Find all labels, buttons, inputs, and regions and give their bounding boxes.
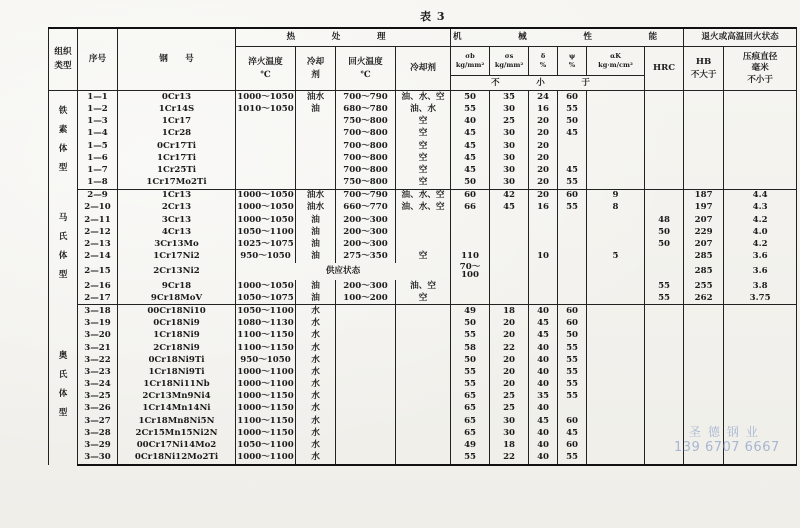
cell-sigma-s: 20 [490,317,529,329]
cell-psi: 60 [558,91,587,104]
cell-quench-temp: 1000～1150 [236,403,296,415]
cell-sigma-s: 18 [490,305,529,318]
cell-indent-diameter [724,317,797,329]
cell-indent-diameter: 4.2 [724,214,797,226]
cell-sigma-s: 22 [490,451,529,464]
cell-steel: 3Cr13 [118,214,236,226]
cell-temper-temp: 700～790 [336,91,396,104]
cell-quench-temp [236,128,296,140]
cell-hb: 207 [684,238,724,250]
cell-temper-coolant [396,354,451,366]
cell-delta: 40 [529,439,558,451]
cell-seq: 1—6 [78,152,118,164]
cell-quench-coolant [296,176,336,189]
cell-seq: 3—25 [78,391,118,403]
cell-steel: 2Cr18Ni9 [118,342,236,354]
cell-indent-diameter: 3.8 [724,280,797,292]
cell-seq: 3—21 [78,342,118,354]
cell-indent-diameter [724,91,797,104]
cell-hb [684,103,724,115]
cell-sigma-b [451,238,490,250]
cell-ak [587,342,645,354]
header-psi: ψ% [558,47,587,76]
cell-sigma-b: 49 [451,305,490,318]
header-type: 组织类型 [49,28,78,91]
cell-temper-temp [336,427,396,439]
cell-temper-coolant: 空 [396,152,451,164]
cell-temper-temp [336,354,396,366]
cell-temper-temp: 700～800 [336,140,396,152]
cell-hrc [645,202,684,214]
cell-hrc [645,164,684,176]
cell-temper-temp: 200～300 [336,226,396,238]
cell-psi: 55 [558,176,587,189]
cell-temper-coolant: 空 [396,140,451,152]
cell-seq: 3—19 [78,317,118,329]
cell-delta: 45 [529,317,558,329]
header-not-less-than: 不 小 于 [451,76,645,91]
watermark-company: 圣德钢业 [674,423,780,440]
cell-sigma-s: 20 [490,366,529,378]
table-row: 奥氏体型3—1800Cr18Ni101050～1100水49184060 [49,305,797,318]
cell-delta: 40 [529,342,558,354]
table-row: 铁素体型1—10Cr131000～1050油水700～790油、水、空50352… [49,91,797,104]
cell-psi: 55 [558,378,587,390]
table-row: 2—179Cr18MoV1050～1075油100～200空552623.75 [49,292,797,305]
cell-psi [558,140,587,152]
cell-delta: 20 [529,152,558,164]
table-row: 3—212Cr18Ni91100～1150水58224055 [49,342,797,354]
cell-quench-temp: 1000～1050 [236,189,296,202]
cell-psi: 55 [558,354,587,366]
cell-quench-temp: 1010～1050 [236,103,296,115]
cell-indent-diameter [724,140,797,152]
table-row: 3—231Cr18Ni9Ti1000～1100水55204055 [49,366,797,378]
cell-sigma-s: 35 [490,91,529,104]
header-delta: δ% [529,47,558,76]
cell-psi: 60 [558,439,587,451]
cell-temper-coolant: 空 [396,164,451,176]
cell-temper-temp [336,439,396,451]
cell-ak [587,391,645,403]
cell-sigma-s [490,238,529,250]
cell-sigma-b: 55 [451,378,490,390]
header-quench-temp: 淬火温度℃ [236,47,296,91]
cell-sigma-b: 50 [451,91,490,104]
cell-steel: 00Cr18Ni10 [118,305,236,318]
cell-hrc: 50 [645,238,684,250]
cell-temper-coolant [396,214,451,226]
cell-quench-temp: 1000～1050 [236,91,296,104]
cell-sigma-s: 20 [490,378,529,390]
cell-ak [587,115,645,127]
header-sigma-b: σbkg/mm² [451,47,490,76]
header-indent-diameter: 压痕直径毫米不小于 [724,47,797,91]
cell-sigma-s: 30 [490,164,529,176]
cell-temper-temp: 700～800 [336,128,396,140]
cell-psi [558,292,587,305]
cell-ak [587,226,645,238]
cell-delta: 40 [529,451,558,464]
cell-temper-temp: 680～780 [336,103,396,115]
cell-sigma-b: 45 [451,152,490,164]
cell-temper-temp [336,451,396,464]
cell-quench-coolant: 水 [296,354,336,366]
cell-quench-coolant: 油水 [296,202,336,214]
cell-ak [587,354,645,366]
cell-hb: 197 [684,202,724,214]
cell-hrc [645,317,684,329]
cell-hrc: 55 [645,292,684,305]
header-temper-temp: 回火温度℃ [336,47,396,91]
cell-quench-coolant [296,152,336,164]
table-row: 1—50Cr17Ti700～800空453020 [49,140,797,152]
cell-sigma-s: 18 [490,439,529,451]
cell-hb: 285 [684,250,724,262]
cell-psi: 45 [558,164,587,176]
cell-steel: 0Cr18Ni9Ti [118,354,236,366]
cell-sigma-b: 58 [451,342,490,354]
cell-temper-coolant: 空 [396,176,451,189]
cell-quench-coolant: 油 [296,250,336,262]
cell-temper-temp [336,391,396,403]
cell-sigma-b: 60 [451,189,490,202]
cell-steel: 1Cr28 [118,128,236,140]
cell-ak [587,128,645,140]
stainless-steel-properties-table: 组织类型 序号 钢 号 热 处 理 机 械 性 能 退火或高温回火状态 淬火温度… [48,27,797,466]
cell-indent-diameter: 4.2 [724,238,797,250]
cell-hrc: 48 [645,214,684,226]
cell-temper-coolant: 油、空 [396,280,451,292]
cell-ak [587,427,645,439]
cell-quench-temp: 1000～1050 [236,202,296,214]
cell-psi: 60 [558,305,587,318]
cell-indent-diameter [724,354,797,366]
cell-quench-coolant: 油 [296,103,336,115]
cell-seq: 2—17 [78,292,118,305]
cell-hb [684,140,724,152]
cell-delta: 45 [529,415,558,427]
cell-steel: 1Cr18Ni11Nb [118,378,236,390]
header-steel: 钢 号 [118,28,236,91]
cell-steel: 1Cr13 [118,189,236,202]
cell-seq: 3—22 [78,354,118,366]
cell-ak [587,378,645,390]
cell-sigma-s [490,280,529,292]
cell-psi [558,263,587,280]
cell-quench-coolant: 水 [296,427,336,439]
cell-quench-coolant: 水 [296,342,336,354]
cell-heat-treatment-merged: 供应状态 [236,263,451,280]
cell-hb [684,354,724,366]
cell-seq: 1—7 [78,164,118,176]
cell-quench-temp: 1100～1150 [236,330,296,342]
cell-temper-coolant [396,415,451,427]
cell-hb [684,164,724,176]
cell-psi [558,250,587,262]
cell-quench-temp: 1050～1100 [236,439,296,451]
cell-steel: 1Cr14Mn14Ni [118,403,236,415]
cell-temper-coolant [396,226,451,238]
cell-psi: 45 [558,128,587,140]
table-row: 1—71Cr25Ti700～800空45302045 [49,164,797,176]
cell-hrc [645,366,684,378]
cell-delta: 40 [529,354,558,366]
cell-indent-diameter [724,330,797,342]
table-row: 马氏体型2—91Cr131000～1050油水700～790油、水、空60422… [49,189,797,202]
cell-quench-temp: 1050～1075 [236,292,296,305]
cell-seq: 2—12 [78,226,118,238]
cell-steel: 2Cr13Mn9Ni4 [118,391,236,403]
cell-psi: 55 [558,342,587,354]
cell-steel: 3Cr13Mo [118,238,236,250]
cell-sigma-b [451,214,490,226]
cell-delta: 20 [529,140,558,152]
cell-hrc [645,91,684,104]
cell-hb: 262 [684,292,724,305]
cell-psi [558,280,587,292]
cell-temper-temp: 660～770 [336,202,396,214]
cell-ak [587,451,645,464]
cell-delta [529,238,558,250]
cell-steel: 1Cr14S [118,103,236,115]
cell-indent-diameter [724,342,797,354]
cell-indent-diameter: 3.6 [724,263,797,280]
cell-steel: 1Cr25Ti [118,164,236,176]
cell-hrc [645,378,684,390]
cell-sigma-b: 40 [451,115,490,127]
cell-quench-temp: 1000～1050 [236,280,296,292]
cell-quench-temp: 1000～1050 [236,214,296,226]
cell-indent-diameter [724,366,797,378]
cell-sigma-s: 25 [490,403,529,415]
cell-temper-coolant [396,391,451,403]
cell-quench-coolant [296,115,336,127]
cell-indent-diameter [724,391,797,403]
cell-ak [587,103,645,115]
cell-sigma-b: 45 [451,140,490,152]
cell-ak [587,403,645,415]
cell-psi: 55 [558,451,587,464]
cell-sigma-b: 66 [451,202,490,214]
cell-hrc: 50 [645,226,684,238]
cell-indent-diameter: 3.75 [724,292,797,305]
cell-psi [558,403,587,415]
cell-quench-coolant: 油 [296,292,336,305]
cell-sigma-s: 30 [490,128,529,140]
cell-seq: 3—28 [78,427,118,439]
cell-quench-coolant [296,140,336,152]
cell-quench-temp [236,152,296,164]
cell-steel: 1Cr17Ni2 [118,250,236,262]
cell-quench-coolant: 水 [296,366,336,378]
cell-quench-temp: 1050～1100 [236,226,296,238]
cell-hb [684,391,724,403]
cell-steel: 1Cr18Mn8Ni5N [118,415,236,427]
table-row: 1—31Cr17750～800空40252050 [49,115,797,127]
cell-seq: 1—1 [78,91,118,104]
cell-sigma-s: 30 [490,415,529,427]
cell-ak [587,317,645,329]
cell-sigma-b: 49 [451,439,490,451]
cell-sigma-s: 25 [490,115,529,127]
cell-temper-temp [336,305,396,318]
cell-hrc [645,330,684,342]
cell-quench-temp: 950～1050 [236,250,296,262]
cell-quench-temp: 1100～1150 [236,342,296,354]
cell-steel: 0Cr13 [118,91,236,104]
cell-sigma-b [451,226,490,238]
cell-temper-coolant [396,378,451,390]
cell-temper-coolant: 油、水、空 [396,202,451,214]
table-row: 2—152Cr13Ni2供应状态70～1002853.6 [49,263,797,280]
table-row: 2—113Cr131000～1050油200～300482074.2 [49,214,797,226]
cell-hrc [645,115,684,127]
header-quench-coolant: 冷却剂 [296,47,336,91]
table-row: 3—201Cr18Ni91100～1150水55204550 [49,330,797,342]
table-row: 1—81Cr17Mo2Ti750～800空50302055 [49,176,797,189]
cell-delta [529,292,558,305]
cell-delta: 40 [529,427,558,439]
cell-psi: 50 [558,330,587,342]
cell-hrc [645,305,684,318]
cell-delta: 45 [529,330,558,342]
cell-quench-coolant: 油 [296,238,336,250]
cell-seq: 1—5 [78,140,118,152]
cell-hb [684,366,724,378]
cell-sigma-s: 20 [490,354,529,366]
cell-delta: 35 [529,391,558,403]
cell-temper-temp: 700～800 [336,152,396,164]
cell-quench-coolant: 油 [296,226,336,238]
cell-sigma-b: 110 [451,250,490,262]
cell-sigma-b: 45 [451,164,490,176]
cell-psi: 50 [558,115,587,127]
cell-temper-temp [336,366,396,378]
table-caption: 表 3 [420,8,445,24]
cell-sigma-b: 55 [451,451,490,464]
cell-sigma-b [451,292,490,305]
cell-seq: 1—8 [78,176,118,189]
cell-hb [684,342,724,354]
cell-sigma-s: 30 [490,103,529,115]
cell-ak [587,280,645,292]
cell-temper-temp [336,378,396,390]
cell-hb [684,176,724,189]
cell-ak [587,330,645,342]
cell-sigma-s: 45 [490,202,529,214]
cell-temper-coolant: 油、水、空 [396,91,451,104]
cell-temper-coolant [396,342,451,354]
cell-quench-coolant [296,164,336,176]
cell-temper-temp [336,317,396,329]
cell-hrc [645,128,684,140]
cell-quench-coolant: 水 [296,305,336,318]
cell-sigma-s [490,263,529,280]
header-hrc: HRC [645,47,684,91]
cell-psi: 60 [558,317,587,329]
cell-delta [529,226,558,238]
cell-sigma-b: 50 [451,354,490,366]
cell-steel: 0Cr18Ni12Mo2Ti [118,451,236,464]
cell-indent-diameter: 4.3 [724,202,797,214]
cell-hb: 207 [684,214,724,226]
cell-temper-temp: 750～800 [336,176,396,189]
cell-sigma-b: 50 [451,317,490,329]
cell-temper-coolant [396,427,451,439]
cell-sigma-b: 65 [451,391,490,403]
cell-structure-type: 铁素体型 [49,91,78,190]
table-row: 2—141Cr17Ni2950～1050油275～350空1101052853.… [49,250,797,262]
cell-hb [684,91,724,104]
cell-sigma-b: 55 [451,330,490,342]
cell-indent-diameter [724,128,797,140]
cell-sigma-s: 20 [490,330,529,342]
cell-steel: 9Cr18 [118,280,236,292]
cell-hrc [645,342,684,354]
cell-temper-temp [336,415,396,427]
cell-seq: 2—13 [78,238,118,250]
table-row: 3—252Cr13Mn9Ni41000～1150水65253555 [49,391,797,403]
cell-structure-type: 马氏体型 [49,189,78,305]
cell-quench-coolant: 油水 [296,91,336,104]
table-row: 3—220Cr18Ni9Ti950～1050水50204055 [49,354,797,366]
table-row: 1—41Cr28700～800空45302045 [49,128,797,140]
table-row: 3—261Cr14Mn14Ni1000～1150水652540 [49,403,797,415]
cell-sigma-b: 65 [451,415,490,427]
cell-quench-coolant: 油水 [296,189,336,202]
cell-delta: 40 [529,305,558,318]
cell-seq: 3—20 [78,330,118,342]
cell-hb: 255 [684,280,724,292]
cell-ak [587,176,645,189]
cell-quench-temp [236,140,296,152]
cell-ak [587,238,645,250]
cell-delta: 20 [529,164,558,176]
cell-temper-temp [336,342,396,354]
cell-ak [587,214,645,226]
cell-temper-temp [336,403,396,415]
cell-sigma-s [490,226,529,238]
cell-hb [684,152,724,164]
cell-psi: 45 [558,427,587,439]
cell-quench-temp: 1080～1130 [236,317,296,329]
cell-temper-coolant: 空 [396,292,451,305]
cell-ak [587,305,645,318]
cell-steel: 1Cr18Ni9 [118,330,236,342]
cell-indent-diameter [724,164,797,176]
cell-hrc [645,140,684,152]
watermark-phone: 139 6707 6667 [674,440,780,455]
cell-delta: 20 [529,189,558,202]
table-header: 组织类型 序号 钢 号 热 处 理 机 械 性 能 退火或高温回火状态 淬火温度… [49,28,797,91]
cell-temper-temp: 750～800 [336,115,396,127]
cell-psi: 60 [558,415,587,427]
cell-sigma-s: 30 [490,140,529,152]
cell-indent-diameter [724,378,797,390]
cell-structure-type: 奥氏体型 [49,305,78,465]
cell-ak [587,439,645,451]
cell-steel: 0Cr17Ti [118,140,236,152]
cell-quench-temp [236,115,296,127]
cell-quench-coolant: 水 [296,451,336,464]
header-mechanical: 机 械 性 能 [451,28,684,47]
cell-temper-temp: 200～300 [336,238,396,250]
cell-ak [587,415,645,427]
cell-indent-diameter [724,152,797,164]
cell-psi [558,152,587,164]
table-row: 3—190Cr18Ni91080～1130水50204560 [49,317,797,329]
